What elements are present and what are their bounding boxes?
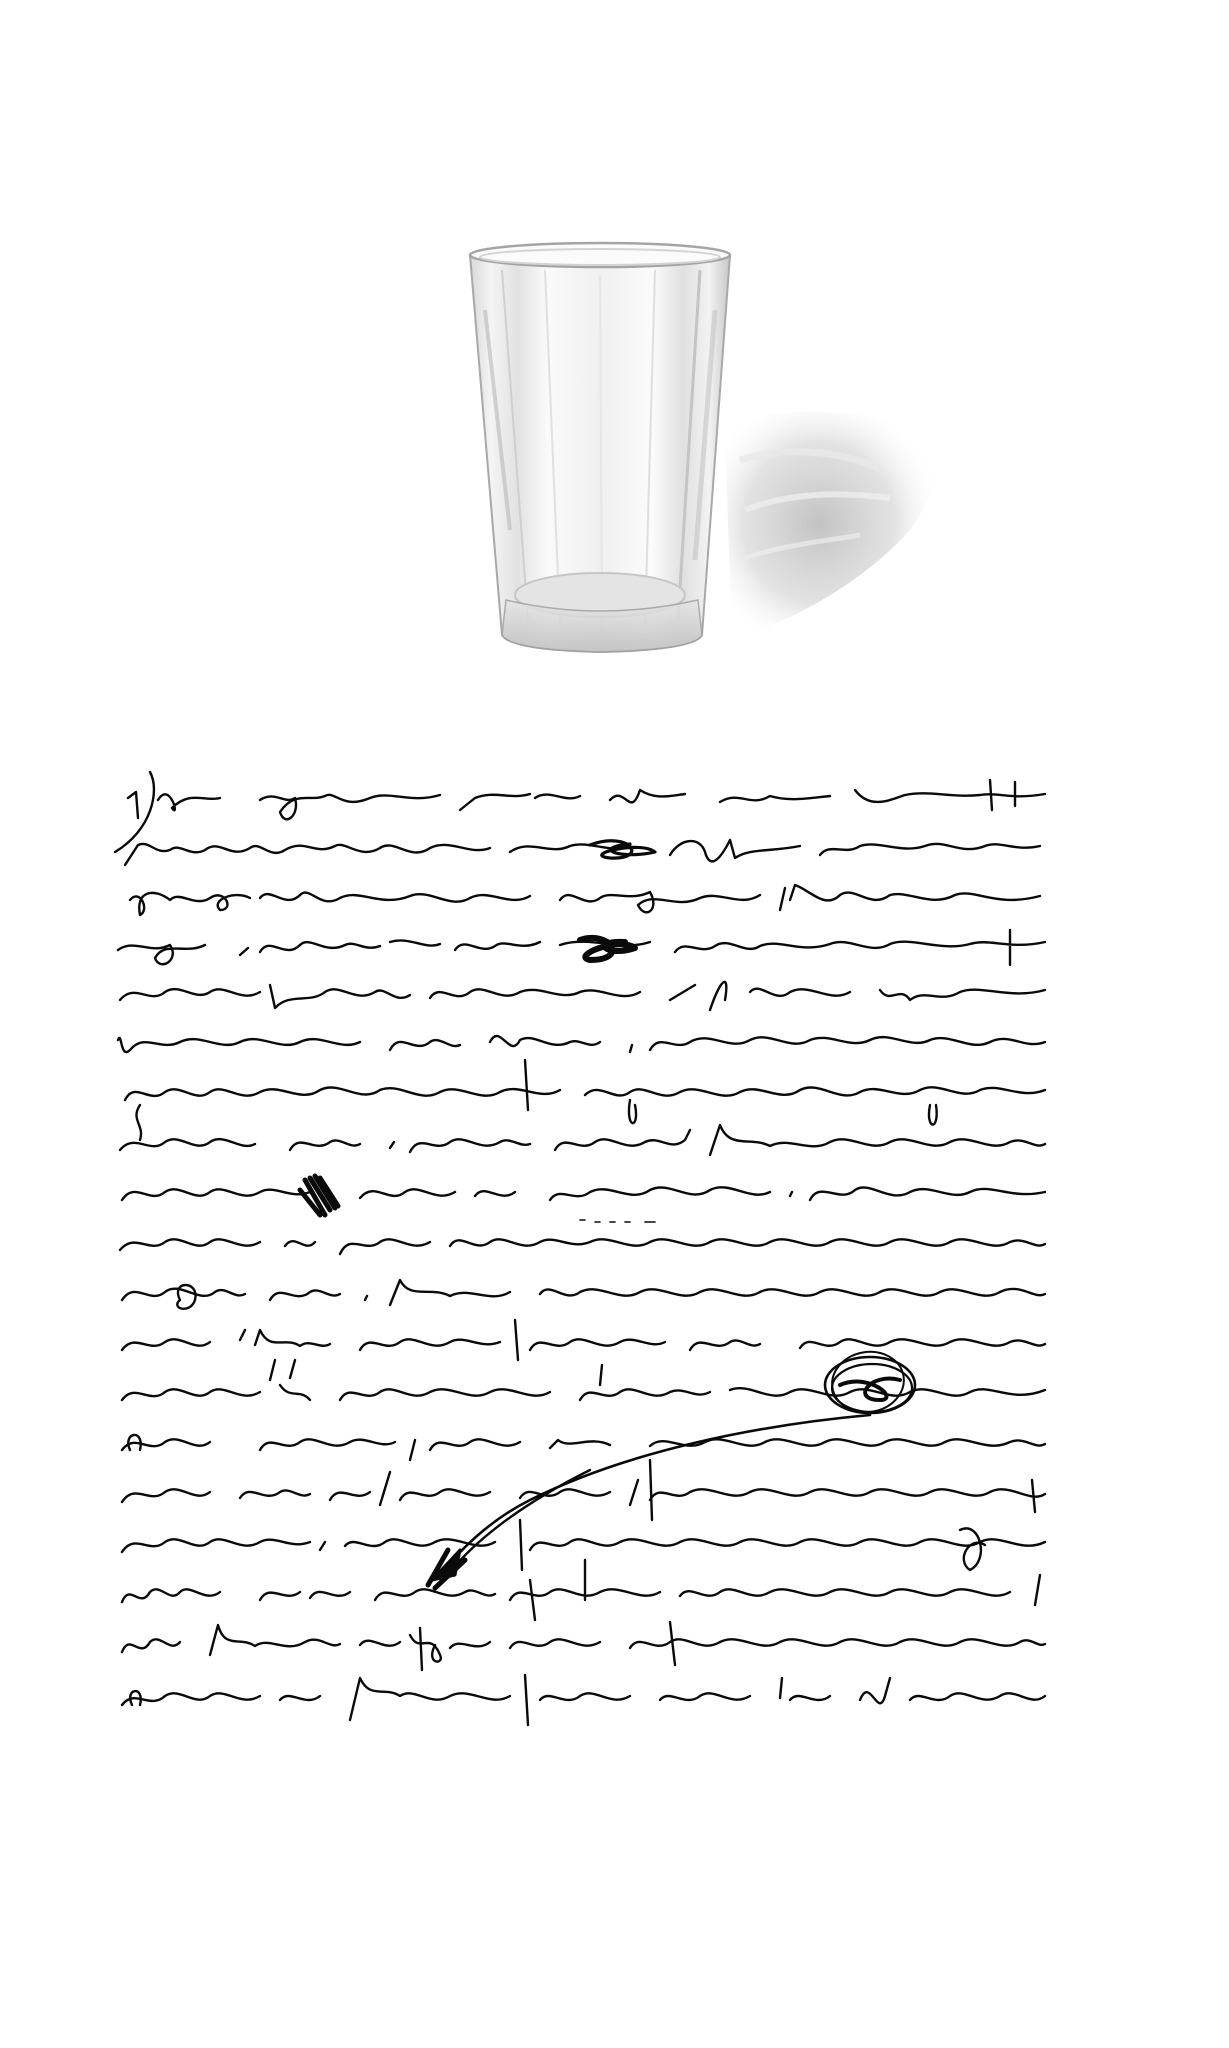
handwriting-line-4 (118, 930, 1045, 965)
handwriting-line-7 (125, 1060, 1045, 1140)
handwriting-line-5 (120, 982, 1045, 1010)
handwriting-line-11 (122, 1280, 1045, 1309)
handwriting-line-6 (118, 1036, 1045, 1052)
handwriting-line-14 (122, 1435, 1045, 1460)
handwriting-line-1 (158, 780, 1045, 819)
handwriting-line-15 (122, 1460, 1045, 1520)
artwork: Photograph of an empty faceted drinking … (0, 0, 1229, 2048)
handwriting-line-19 (122, 1675, 1045, 1725)
list-marker (115, 772, 154, 852)
glass-shadow (725, 412, 934, 635)
handwriting-line-16 (122, 1520, 1045, 1570)
handwriting-line-9 (122, 1176, 1045, 1222)
asemic-handwriting-block (110, 760, 1120, 1750)
arrow-annotation (428, 1415, 870, 1588)
handwriting-line-10 (120, 1239, 1045, 1254)
glass-illustration (440, 230, 960, 670)
handwriting-line-13 (122, 1360, 1045, 1400)
handwriting-line-3 (130, 885, 1040, 915)
handwriting-line-8 (120, 1125, 1045, 1155)
glass-body (470, 243, 730, 652)
handwriting-line-2 (125, 840, 1040, 865)
handwriting-line-17 (122, 1560, 1040, 1620)
handwriting-line-18 (122, 1622, 1045, 1670)
circled-word-annotation (825, 1346, 915, 1418)
handwriting-line-12 (122, 1320, 1045, 1360)
